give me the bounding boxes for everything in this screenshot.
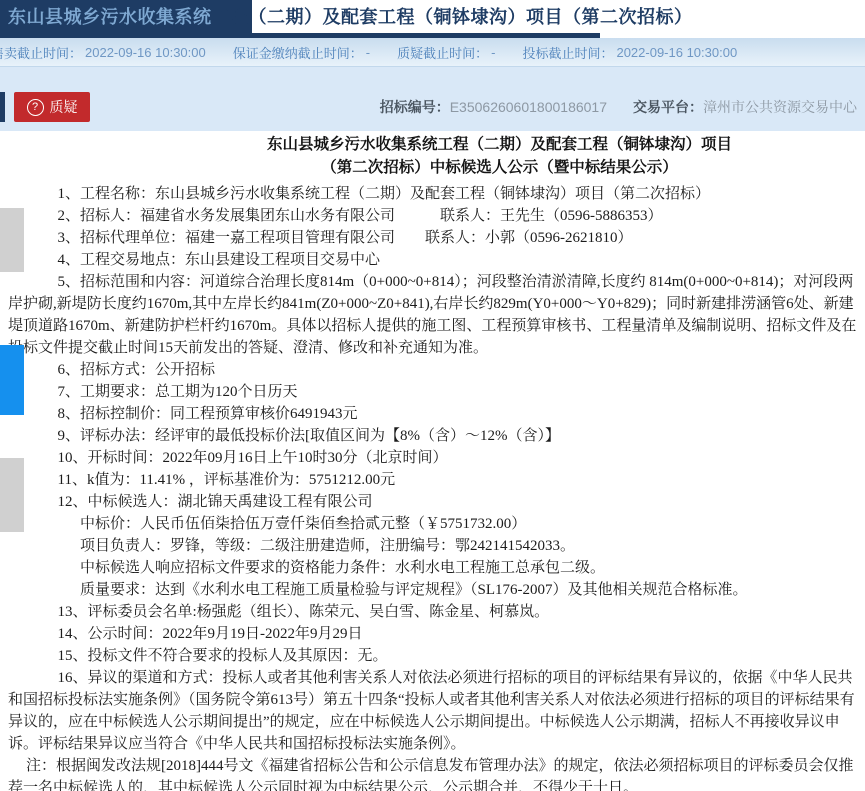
paragraph-item-4: 4、工程交易地点：东山县建设工程项目交易中心	[8, 249, 863, 271]
query-deadline-value: -	[491, 45, 495, 60]
announcement-heading-line2: （第二次招标）中标候选人公示（暨中标结果公示）	[67, 156, 865, 179]
paragraph-item-10: 10、开标时间：2022年09月16日上午10时30分（北京时间）	[8, 447, 863, 469]
platform-value: 漳州市公共资源交易中心	[703, 99, 857, 115]
side-widget-gray-bottom[interactable]	[0, 458, 24, 532]
paragraph-item-3: 3、招标代理单位：福建一嘉工程项目管理有限公司 联系人：小郭（0596-2621…	[8, 227, 863, 249]
paragraph-item-13: 13、评标委员会名单:杨强彪（组长）、陈荣元、吴白雪、陈金星、柯慕岚。	[8, 601, 863, 623]
paragraph-item-2: 2、招标人：福建省水务发展集团东山水务有限公司 联系人：王先生（0596-588…	[8, 205, 863, 227]
bid-deadline: 投标截止时间： 2022-09-16 10:30:00	[522, 43, 737, 62]
paragraph-note: 注：根据闽发改法规[2018]444号文《福建省招标公告和公示信息发布管理办法》…	[8, 755, 863, 791]
side-widget-gray-top[interactable]	[0, 208, 24, 272]
paragraph-item-14: 14、公示时间：2022年9月19日-2022年9月29日	[8, 623, 863, 645]
sale-deadline-value: 2022-09-16 10:30:00	[85, 45, 206, 60]
guarantee-deadline-label: 保证金缴纳截止时间：	[233, 43, 363, 62]
page-title: 东山县城乡污水收集系统工程（二期）及配套工程（铜钵埭沟）项目（第二次招标）	[8, 0, 693, 33]
platform-label: 交易平台：	[633, 99, 703, 115]
announcement-paragraphs: 1、工程名称：东山县城乡污水收集系统工程（二期）及配套工程（铜钵埭沟）项目（第二…	[0, 183, 865, 791]
bid-number-value: E3506260601800186017	[450, 99, 607, 115]
paragraph-item-12: 12、中标候选人：湖北锦天禹建设工程有限公司	[8, 491, 863, 513]
bid-deadline-label: 投标截止时间：	[522, 43, 613, 62]
guarantee-deadline-value: -	[366, 45, 370, 60]
page-title-left: 东山县城乡污水收集系统	[8, 7, 212, 27]
query-deadline-label: 质疑截止时间：	[397, 43, 488, 62]
paragraph-item-9: 9、评标办法：经评审的最低投标价法[取值区间为【8%（含）～12%（含）】	[8, 425, 863, 447]
sale-deadline-label: 售卖截止时间：	[0, 43, 82, 62]
announcement-content: 东山县城乡污水收集系统工程（二期）及配套工程（铜钵埭沟）项目 （第二次招标）中标…	[0, 130, 865, 791]
page-title-right: 工程（二期）及配套工程（铜钵埭沟）项目（第二次招标）	[212, 7, 693, 27]
question-icon: ?	[27, 99, 44, 116]
side-widget-blue[interactable]	[0, 345, 24, 415]
bid-deadline-value: 2022-09-16 10:30:00	[616, 45, 737, 60]
paragraph-item-1: 1、工程名称：东山县城乡污水收集系统工程（二期）及配套工程（铜钵埭沟）项目（第二…	[8, 183, 863, 205]
paragraph-winning-price: 中标价：人民币伍佰柒拾伍万壹仟柒佰叁拾贰元整（￥5751732.00）	[8, 513, 863, 535]
side-tab	[0, 92, 5, 122]
paragraph-item-8: 8、招标控制价：同工程预算审核价6491943元	[8, 403, 863, 425]
paragraph-item-5: 5、招标范围和内容：河道综合治理长度814m（0+000~0+814）；河段整治…	[8, 271, 863, 359]
paragraph-quality: 质量要求：达到《水利水电工程施工质量检验与评定规程》（SL176-2007）及其…	[8, 579, 863, 601]
announcement-heading: 东山县城乡污水收集系统工程（二期）及配套工程（铜钵埭沟）项目 （第二次招标）中标…	[67, 133, 865, 179]
deadline-bar: 售卖截止时间： 2022-09-16 10:30:00 保证金缴纳截止时间： -…	[0, 38, 865, 67]
guarantee-deadline: 保证金缴纳截止时间： -	[233, 43, 370, 62]
question-button[interactable]: ? 质疑	[14, 92, 90, 122]
query-deadline: 质疑截止时间： -	[397, 43, 495, 62]
announcement-heading-line1: 东山县城乡污水收集系统工程（二期）及配套工程（铜钵埭沟）项目	[67, 133, 865, 156]
paragraph-item-6: 6、招标方式：公开招标	[8, 359, 863, 381]
question-button-label: 质疑	[50, 97, 78, 117]
paragraph-item-16: 16、异议的渠道和方式：投标人或者其他利害关系人对依法必须进行招标的项目的评标结…	[8, 667, 863, 755]
paragraph-item-11: 11、k值为：11.41% ，评标基准价为：5751212.00元	[8, 469, 863, 491]
paragraph-item-7: 7、工期要求：总工期为120个日历天	[8, 381, 863, 403]
bid-number-label: 招标编号：	[380, 99, 450, 115]
meta-row: 招标编号：E3506260601800186017交易平台：漳州市公共资源交易中…	[380, 92, 857, 122]
paragraph-project-manager: 项目负责人：罗锋，等级：二级注册建造师，注册编号：鄂242141542033。	[8, 535, 863, 557]
sale-deadline: 售卖截止时间： 2022-09-16 10:30:00	[0, 43, 206, 62]
paragraph-item-15: 15、投标文件不符合要求的投标人及其原因：无。	[8, 645, 863, 667]
paragraph-qualification: 中标候选人响应招标文件要求的资格能力条件：水利水电工程施工总承包二级。	[8, 557, 863, 579]
